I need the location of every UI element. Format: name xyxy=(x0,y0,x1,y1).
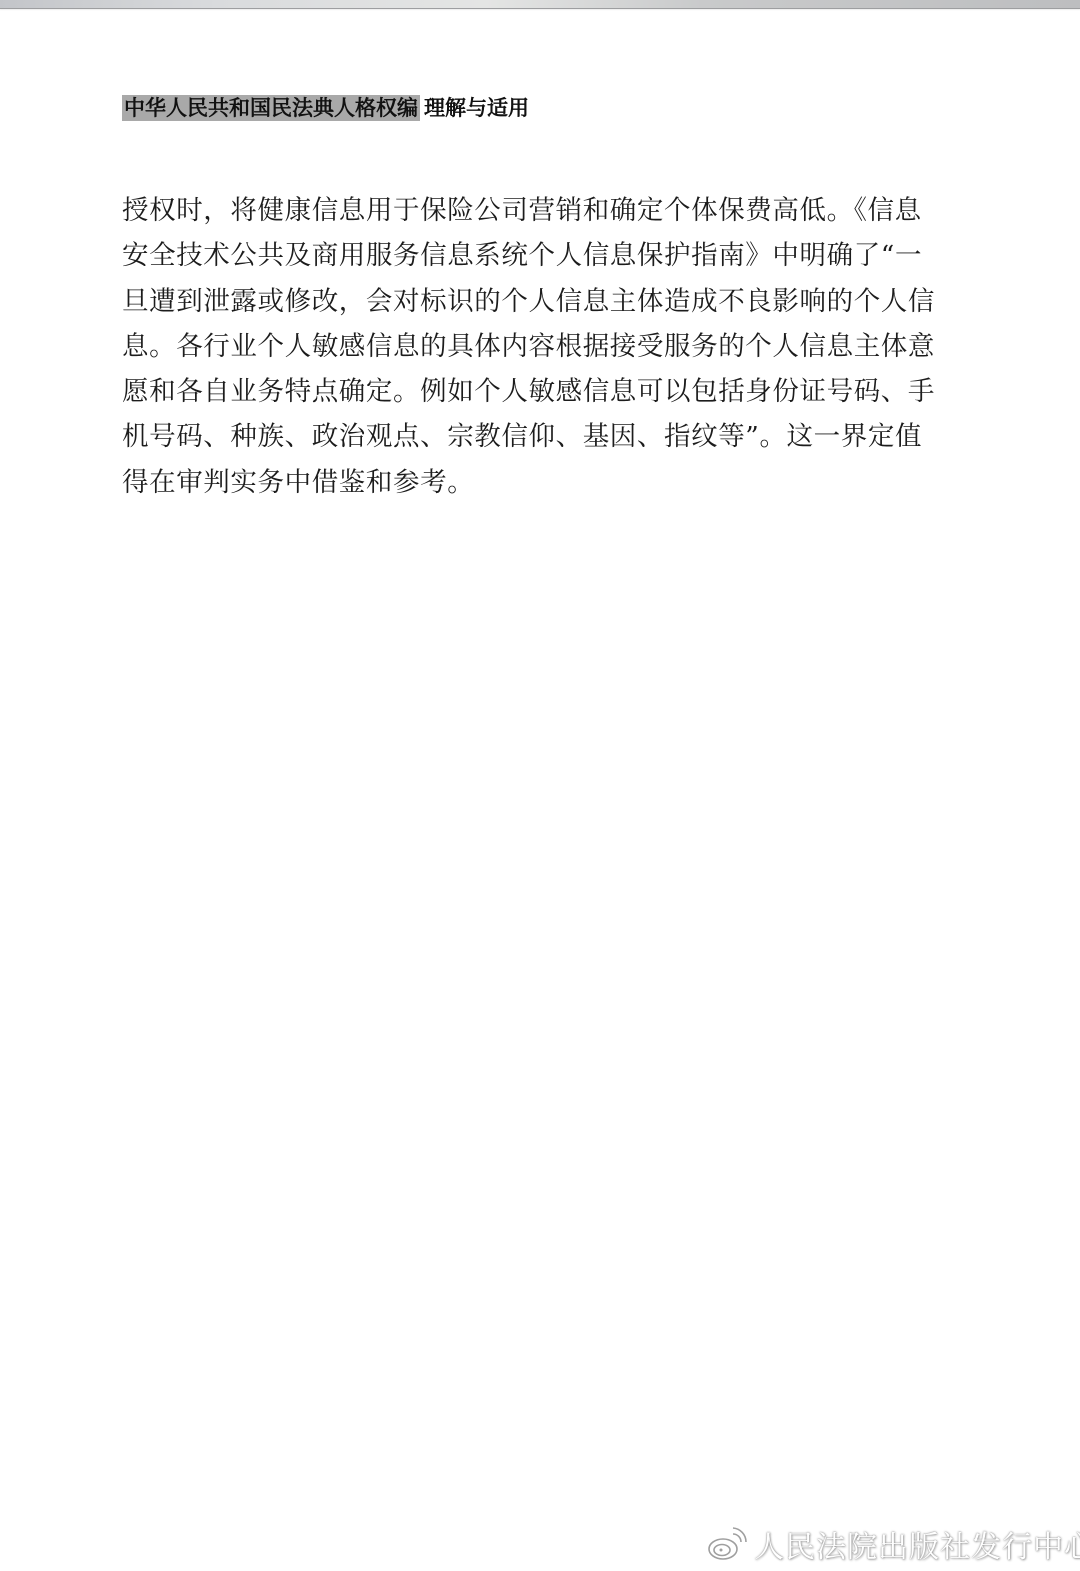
body-line: 息。各行业个人敏感信息的具体内容根据接受服务的个人信息主体意 xyxy=(122,324,916,369)
weibo-watermark: 人民法院出版社发行中心 xyxy=(706,1524,1080,1564)
body-line: 授权时，将健康信息用于保险公司营销和确定个体保费高低。《信息 xyxy=(122,188,916,233)
running-header-suffix: 理解与适用 xyxy=(424,95,529,121)
top-edge-bar xyxy=(0,0,1080,9)
body-line: 机号码、种族、政治观点、宗教信仰、基因、指纹等”。这一界定值 xyxy=(122,414,916,459)
body-paragraph: 授权时，将健康信息用于保险公司营销和确定个体保费高低。《信息 安全技术公共及商用… xyxy=(122,188,916,505)
weibo-icon xyxy=(706,1526,748,1562)
running-header: 中华人民共和国民法典人格权编 理解与适用 xyxy=(122,94,529,122)
body-line: 愿和各自业务特点确定。例如个人敏感信息可以包括身份证号码、手 xyxy=(122,369,916,414)
body-line: 得在审判实务中借鉴和参考。 xyxy=(122,460,916,505)
watermark-text: 人民法院出版社发行中心 xyxy=(754,1522,1080,1566)
body-line: 旦遭到泄露或修改，会对标识的个人信息主体造成不良影响的个人信 xyxy=(122,279,916,324)
running-header-highlighted-title: 中华人民共和国民法典人格权编 xyxy=(122,95,420,121)
body-line: 安全技术公共及商用服务信息系统个人信息保护指南》中明确了“一 xyxy=(122,233,916,278)
